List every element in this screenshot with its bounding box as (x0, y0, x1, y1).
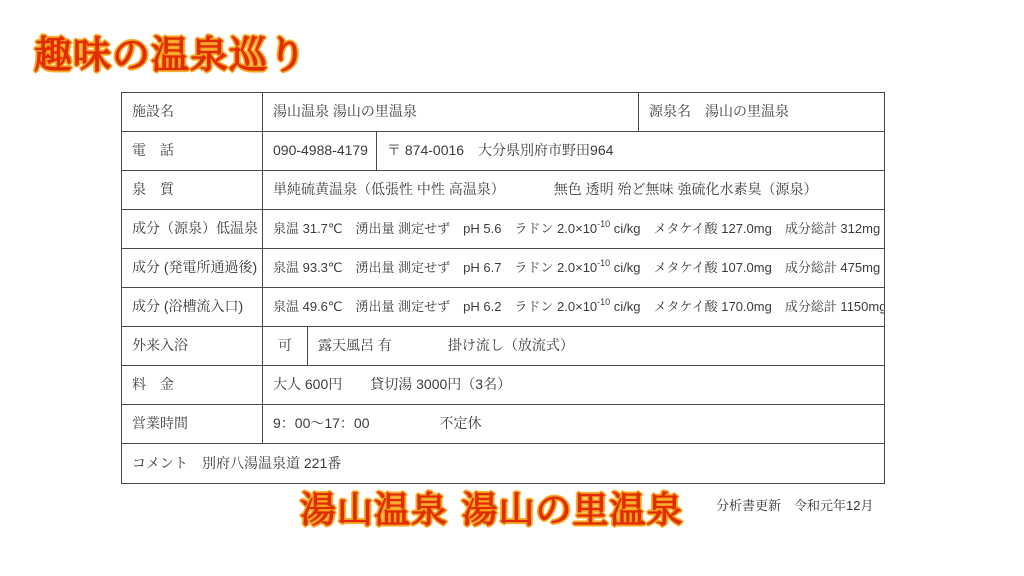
table-row-phone: 電 話 090-4988-4179 〒 874-0016 大分県別府市野田964 (122, 132, 884, 171)
comp-hatsuden-exponent: -10 (597, 259, 610, 268)
source-name: 源泉名 湯山の里温泉 (639, 93, 884, 131)
table-row-comment: コメント 別府八湯温泉道 221番 (122, 444, 884, 483)
table-row-fee: 料 金 大人 600円 貸切湯 3000円（3名） (122, 366, 884, 405)
comp-gensen-pre: 泉温 31.7℃ 湧出量 測定せず pH 5.6 ラドン 2.0×10 (273, 222, 597, 236)
table-row-comp-yokusou: 成分 (浴槽流入口) 泉温 49.6℃ 湧出量 測定せず pH 6.2 ラドン … (122, 288, 884, 327)
phone-label: 電 話 (122, 132, 263, 170)
onsen-info-table: 施設名 湯山温泉 湯山の里温泉 源泉名 湯山の里温泉 電 話 090-4988-… (121, 92, 885, 484)
fee-value: 大人 600円 貸切湯 3000円（3名） (263, 366, 884, 404)
analysis-update-note: 分析書更新 令和元年12月 (716, 495, 873, 514)
postal-address: 〒 874-0016 大分県別府市野田964 (377, 132, 884, 170)
table-row-gairai: 外来入浴 可 露天風呂 有 掛け流し（放流式） (122, 327, 884, 366)
gairai-allowed: 可 (263, 327, 308, 365)
table-row-quality: 泉 質 単純硫黄温泉（低張性 中性 高温泉） 無色 透明 殆ど無味 強硫化水素臭… (122, 171, 884, 210)
comp-hatsuden-pre: 泉温 93.3℃ 湧出量 測定せず pH 6.7 ラドン 2.0×10 (273, 261, 597, 275)
gairai-detail: 露天風呂 有 掛け流し（放流式） (308, 327, 884, 365)
comp-gensen-exponent: -10 (597, 220, 610, 229)
table-row-comp-hatsuden: 成分 (発電所通過後) 泉温 93.3℃ 湧出量 測定せず pH 6.7 ラドン… (122, 249, 884, 288)
comp-hatsuden-post: ci/kg メタケイ酸 107.0mg 成分総計 475mg (610, 261, 880, 275)
comp-hatsuden-value: 泉温 93.3℃ 湧出量 測定せず pH 6.7 ラドン 2.0×10-10 c… (263, 249, 884, 287)
table-row-comp-gensen: 成分（源泉）低温泉 泉温 31.7℃ 湧出量 測定せず pH 5.6 ラドン 2… (122, 210, 884, 249)
quality-value: 単純硫黄温泉（低張性 中性 高温泉） 無色 透明 殆ど無味 強硫化水素臭（源泉） (263, 171, 884, 209)
comp-hatsuden-label: 成分 (発電所通過後) (122, 249, 263, 287)
page-title: 趣味の温泉巡り (34, 24, 307, 79)
comp-yokusou-pre: 泉温 49.6℃ 湧出量 測定せず pH 6.2 ラドン 2.0×10 (273, 300, 597, 314)
comp-gensen-post: ci/kg メタケイ酸 127.0mg 成分総計 312mg (610, 222, 880, 236)
gairai-label: 外来入浴 (122, 327, 263, 365)
fee-label: 料 金 (122, 366, 263, 404)
facility-name: 湯山温泉 湯山の里温泉 (263, 93, 639, 131)
footer-onsen-title: 湯山温泉 湯山の里温泉 (300, 482, 684, 533)
quality-label: 泉 質 (122, 171, 263, 209)
comp-yokusou-value: 泉温 49.6℃ 湧出量 測定せず pH 6.2 ラドン 2.0×10-10 c… (263, 288, 884, 326)
comp-yokusou-label: 成分 (浴槽流入口) (122, 288, 263, 326)
comp-gensen-label: 成分（源泉）低温泉 (122, 210, 263, 248)
comp-yokusou-post: ci/kg メタケイ酸 170.0mg 成分総計 1150mg (610, 300, 884, 314)
comment-value: コメント 別府八湯温泉道 221番 (122, 444, 884, 483)
comp-gensen-value: 泉温 31.7℃ 湧出量 測定せず pH 5.6 ラドン 2.0×10-10 c… (263, 210, 884, 248)
hours-label: 営業時間 (122, 405, 263, 443)
facility-label: 施設名 (122, 93, 263, 131)
hours-value: 9：00～17：00 不定休 (263, 405, 884, 443)
table-row-facility: 施設名 湯山温泉 湯山の里温泉 源泉名 湯山の里温泉 (122, 93, 884, 132)
table-row-hours: 営業時間 9：00～17：00 不定休 (122, 405, 884, 444)
phone-number: 090-4988-4179 (263, 132, 377, 170)
comp-yokusou-exponent: -10 (597, 298, 610, 307)
